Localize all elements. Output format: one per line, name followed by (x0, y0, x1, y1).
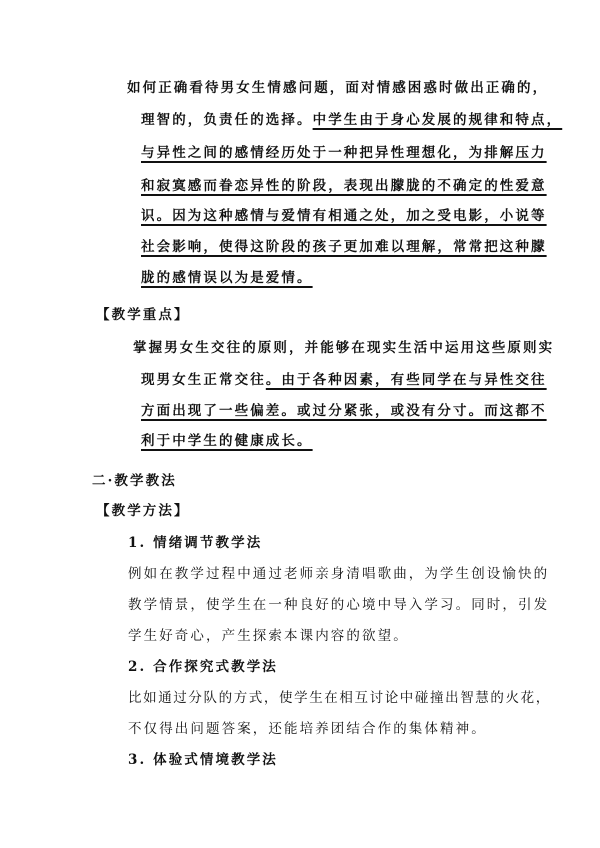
section-title: 二·教学教法 (92, 472, 177, 490)
underlined-text: 中学生由于身心发展的规律和特点， (313, 112, 563, 128)
paragraph-line: 例如在教学过程中通过老师亲身清唱歌曲，为学生创设愉快的 (128, 565, 549, 583)
paragraph-line: 比如通过分队的方式，使学生在相互讨论中碰撞出智慧的火花， (128, 689, 551, 707)
paragraph-line: 现男女生正常交往。由于各种因素，有些同学在与异性交往 (141, 371, 547, 389)
section-heading-methods: 【教学方法】 (96, 502, 190, 520)
paragraph-line: 学生好奇心，产生探索本课内容的欲望。 (128, 627, 409, 645)
method-title: 1. 情绪调节教学法 (128, 534, 262, 552)
method-title: 3. 体验式情境教学法 (128, 751, 278, 769)
underlined-line: 识。因为这种感情与爱情有相通之处，加之受电影，小说等 (141, 207, 547, 225)
section-heading-key-points: 【教学重点】 (96, 306, 190, 324)
paragraph-line: 掌握男女生交往的原则，并能够在现实生活中运用这些原则实 (133, 339, 554, 357)
paragraph-line: 不仅得出问题答案，还能培养团结合作的集体精神。 (128, 720, 487, 738)
underlined-text: 。由于各种因素，有些同学在与异性交往 (266, 372, 547, 388)
paragraph-line: 如何正确看待男女生情感问题，面对情感困惑时做出正确的， (127, 79, 548, 97)
underlined-line: 和寂寞感而眷恋异性的阶段，表现出朦胧的不确定的性爱意 (141, 177, 547, 195)
underlined-line: 方面出现了一些偏差。或过分紧张，或没有分寸。而这都不 (141, 402, 547, 420)
underlined-line: 胧的感情误以为是爱情。 (141, 269, 313, 287)
underlined-line: 社会影响，使得这阶段的孩子更加难以理解，常常把这种朦 (141, 238, 547, 256)
paragraph-line: 教学情景，使学生在一种良好的心境中导入学习。同时，引发 (128, 596, 549, 614)
text-span: 现男女生正常交往 (141, 372, 266, 388)
text-span: 理智的，负责任的选择。 (141, 112, 313, 128)
paragraph-line: 理智的，负责任的选择。中学生由于身心发展的规律和特点， (141, 111, 562, 129)
underlined-line: 利于中学生的健康成长。 (141, 432, 313, 450)
underlined-line: 与异性之间的感情经历处于一种把异性理想化，为排解压力 (141, 144, 547, 162)
method-title: 2. 合作探究式教学法 (128, 658, 278, 676)
